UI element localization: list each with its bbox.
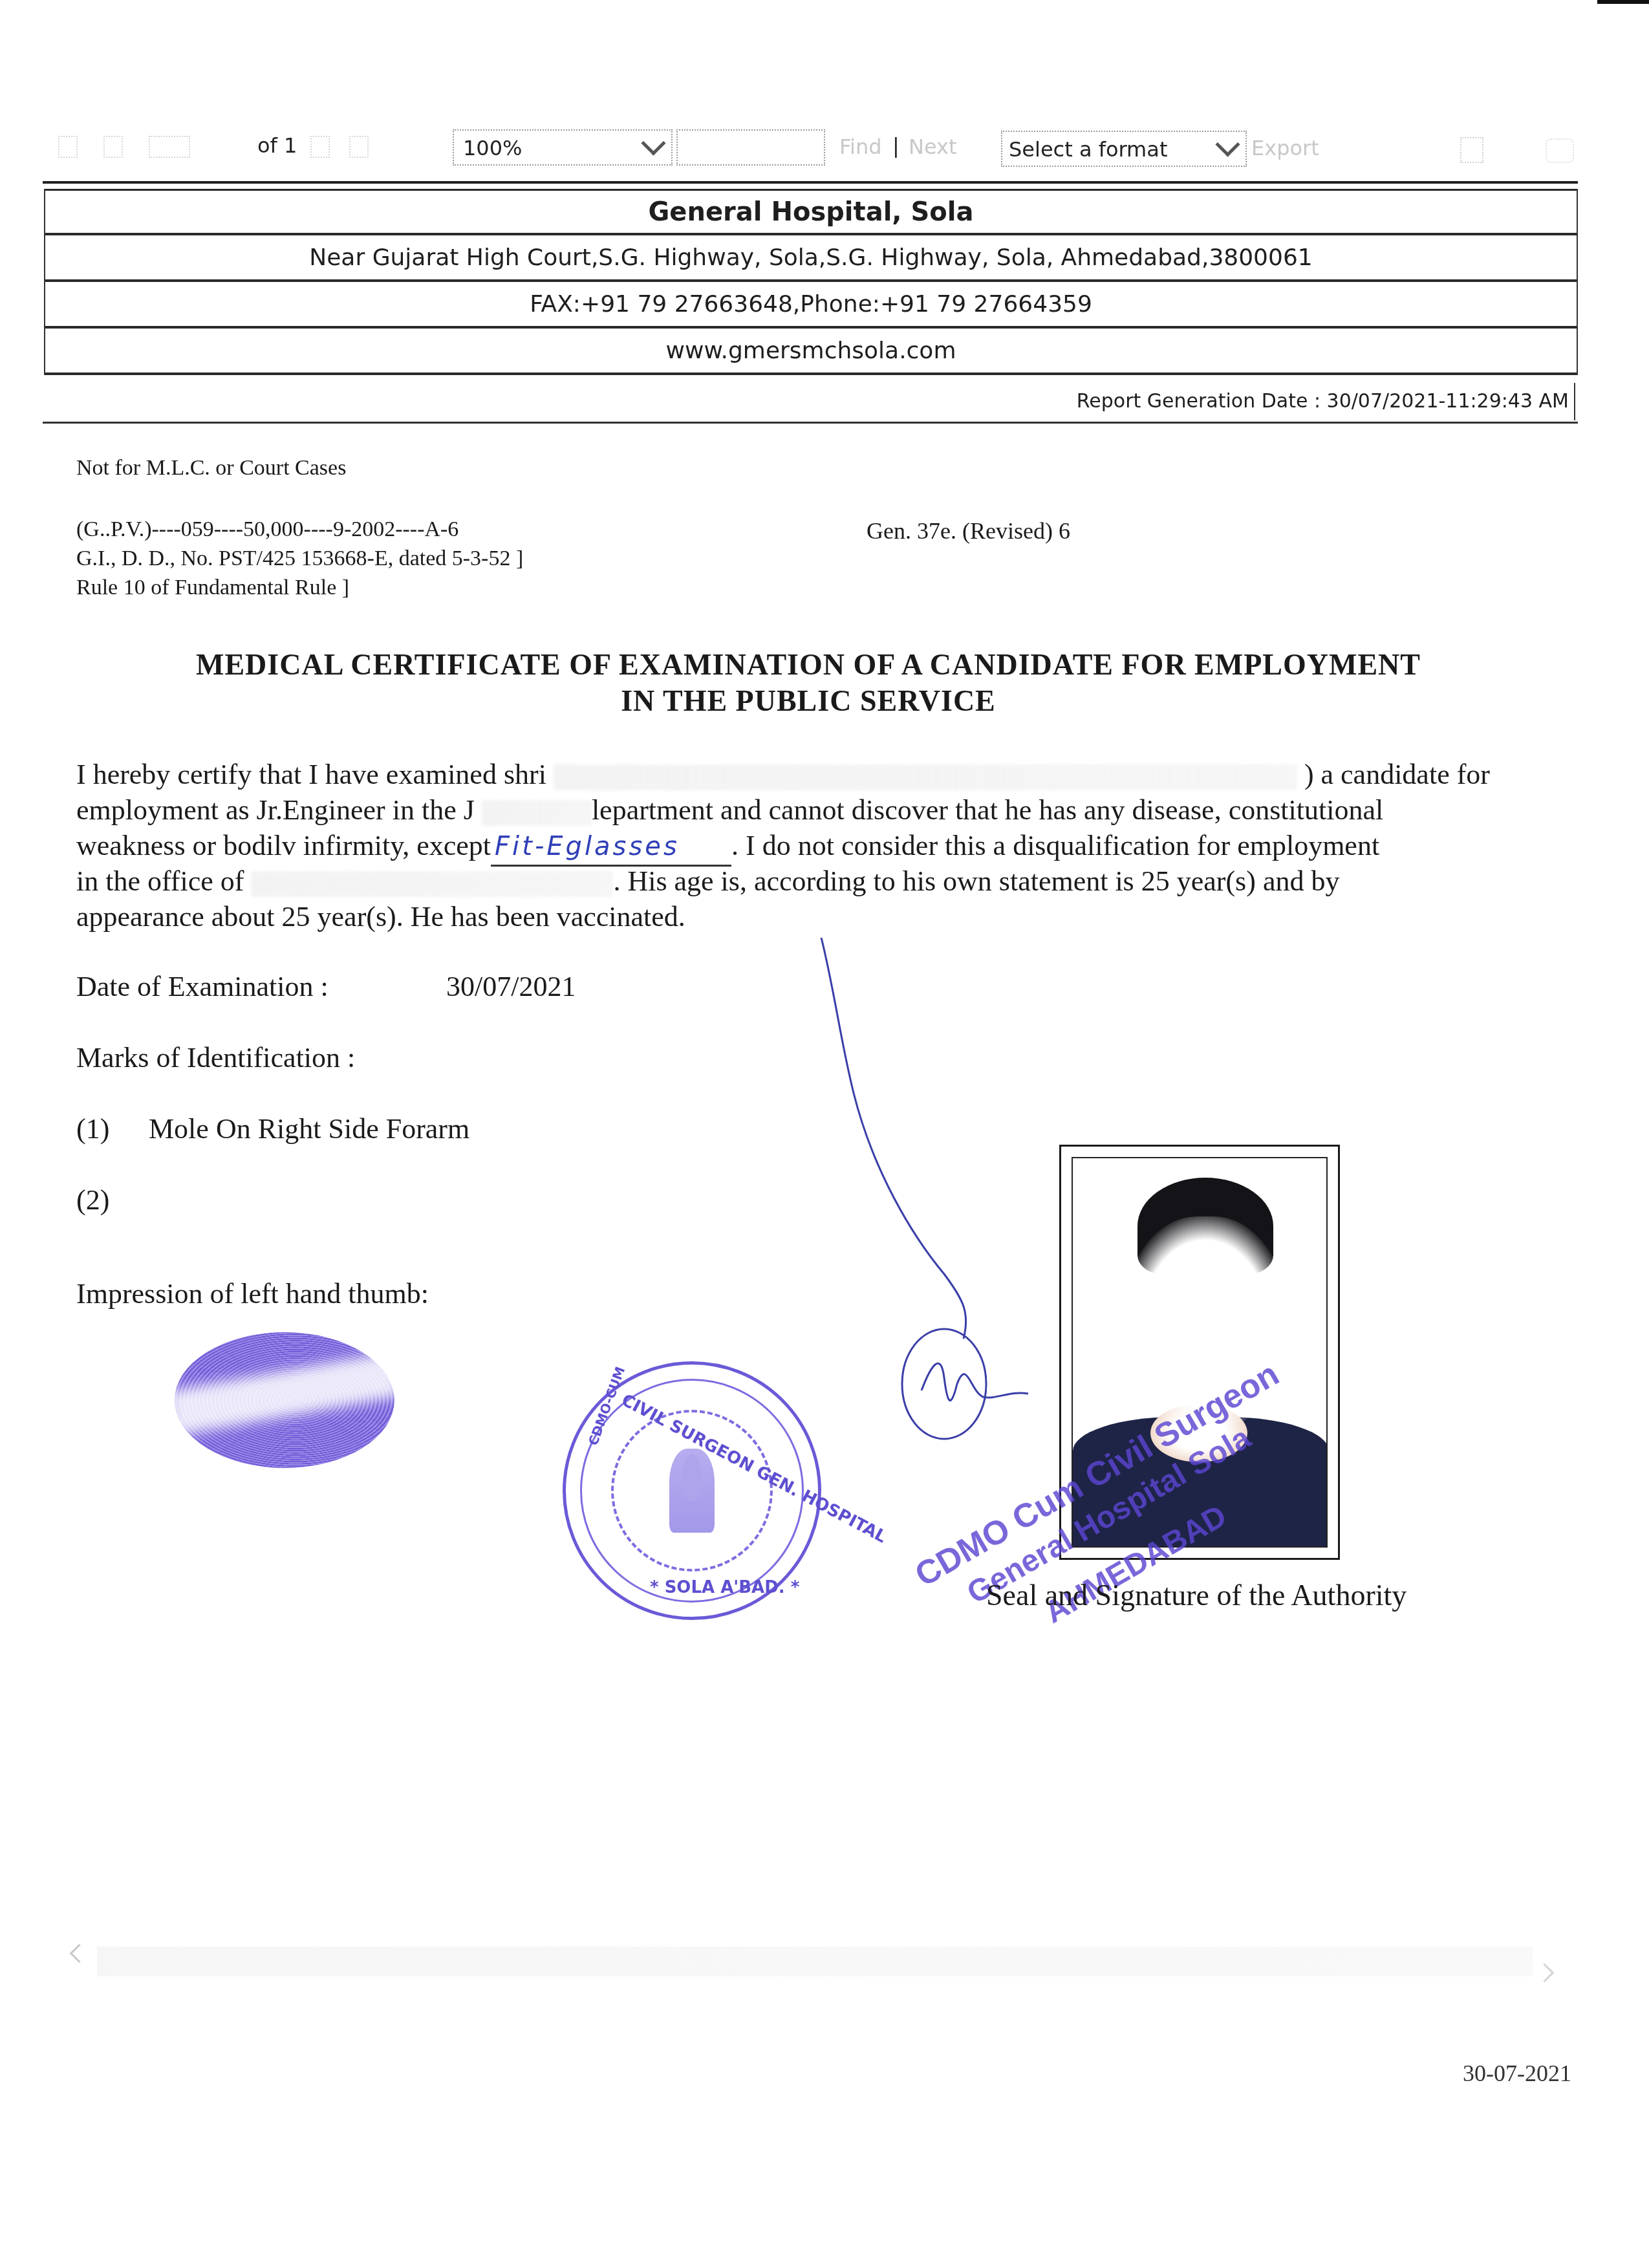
mark-number: (1): [76, 1112, 109, 1145]
header-rule: [43, 422, 1578, 424]
thumb-impression-label: Impression of left hand thumb:: [76, 1277, 429, 1310]
certificate-body: I hereby certify that I have examined sh…: [76, 757, 1551, 934]
identification-marks-label: Marks of Identification :: [76, 1041, 355, 1074]
form-reference-line: (G..P.V.)----059----50,000----9-2002----…: [76, 517, 458, 542]
hospital-address: Near Gujarat High Court,S.G. Highway, So…: [45, 235, 1577, 282]
hospital-website: www.gmersmchsola.com: [45, 329, 1577, 375]
thumb-impression: [175, 1332, 394, 1468]
report-generation-date: Report Generation Date : 30/07/2021-11:2…: [44, 383, 1575, 420]
export-format-select[interactable]: Select a format: [1001, 131, 1247, 167]
body-text: ) a candidate for: [1304, 759, 1490, 790]
body-text: . I do not consider this a disqualificat…: [731, 830, 1379, 861]
find-separator: |: [892, 133, 900, 158]
print-icon[interactable]: [1546, 138, 1574, 163]
scroll-right-icon[interactable]: [1535, 1963, 1555, 1983]
national-emblem-icon: [669, 1449, 715, 1533]
body-text: employment as Jr.Engineer in the J: [76, 794, 475, 826]
hospital-contact: FAX:+91 79 27663648,Phone:+91 79 2766435…: [45, 282, 1577, 329]
horizontal-scrollbar[interactable]: [97, 1947, 1533, 1976]
body-text: I hereby certify that I have examined sh…: [76, 759, 546, 790]
refresh-icon[interactable]: [1460, 137, 1483, 163]
chevron-down-icon: [1215, 132, 1240, 157]
authority-label: Seal and Signature of the Authority: [986, 1578, 1406, 1612]
export-link[interactable]: Export: [1251, 136, 1319, 160]
print-date: 30-07-2021: [1463, 2060, 1571, 2087]
header-rule: [43, 181, 1578, 184]
chevron-down-icon: [641, 131, 665, 155]
zoom-select[interactable]: 100%: [453, 129, 673, 166]
redacted-candidate-name: [554, 764, 1297, 790]
body-line: I hereby certify that I have examined sh…: [76, 757, 1551, 792]
first-page-icon[interactable]: [58, 136, 78, 158]
last-page-icon[interactable]: [349, 136, 369, 158]
body-line: weakness or bodilv infirmity, exceptFit-…: [76, 828, 1551, 863]
report-viewer-toolbar: of 1 100% Find | Next Select a format Ex…: [39, 123, 1604, 175]
page-count: of 1: [257, 133, 297, 158]
scroll-left-icon[interactable]: [70, 1944, 89, 1963]
body-text: . His age is, according to his own state…: [613, 865, 1339, 897]
find-link[interactable]: Find: [839, 135, 882, 159]
candidate-photo-frame: [1059, 1145, 1340, 1560]
scan-edge-mark: [1597, 0, 1649, 4]
body-line: appearance about 25 year(s). He has been…: [76, 899, 1551, 934]
certificate-title: MEDICAL CERTIFICATE OF EXAMINATION OF A …: [129, 647, 1487, 719]
form-number: Gen. 37e. (Revised) 6: [867, 517, 1070, 545]
certificate-title-line: IN THE PUBLIC SERVICE: [129, 683, 1487, 719]
page-number-input[interactable]: [149, 136, 190, 158]
mark-text: Mole On Right Side Forarm: [149, 1112, 469, 1145]
redacted-office: [251, 871, 613, 897]
body-line: in the office of . His age is, according…: [76, 863, 1551, 899]
mark-number: (2): [76, 1183, 109, 1216]
form-reference-line: Rule 10 of Fundamental Rule ]: [76, 576, 349, 600]
mlc-notice: Not for M.L.C. or Court Cases: [76, 456, 346, 481]
body-line: employment as Jr.Engineer in the J lepar…: [76, 792, 1551, 828]
hospital-name: General Hospital, Sola: [45, 189, 1577, 235]
body-text: weakness or bodilv infirmity, except: [76, 830, 491, 861]
zoom-value: 100%: [463, 136, 522, 160]
round-official-seal: CIVIL SURGEON GEN. HOSPITAL CDMO-CUM * S…: [563, 1361, 821, 1620]
next-page-icon[interactable]: [310, 136, 330, 158]
handwritten-exception: Fit-Eglasses: [491, 829, 731, 867]
body-text: lepartment and cannot discover that he h…: [592, 794, 1383, 826]
exam-date-label: Date of Examination :: [76, 970, 329, 1003]
form-reference-line: G.I., D. D., No. PST/425 153668-E, dated…: [76, 546, 523, 571]
exam-date-value: 30/07/2021: [446, 970, 576, 1003]
find-input[interactable]: [676, 129, 825, 166]
hospital-header: General Hospital, Sola Near Gujarat High…: [44, 189, 1578, 375]
format-select-value: Select a format: [1009, 137, 1167, 162]
body-text: in the office of: [76, 865, 244, 897]
find-next-link[interactable]: Next: [909, 135, 957, 159]
certificate-title-line: MEDICAL CERTIFICATE OF EXAMINATION OF A …: [129, 647, 1487, 683]
seal-text-bottom: * SOLA A'BAD. *: [650, 1578, 799, 1597]
previous-page-icon[interactable]: [103, 136, 123, 158]
redacted-department: [482, 800, 592, 826]
